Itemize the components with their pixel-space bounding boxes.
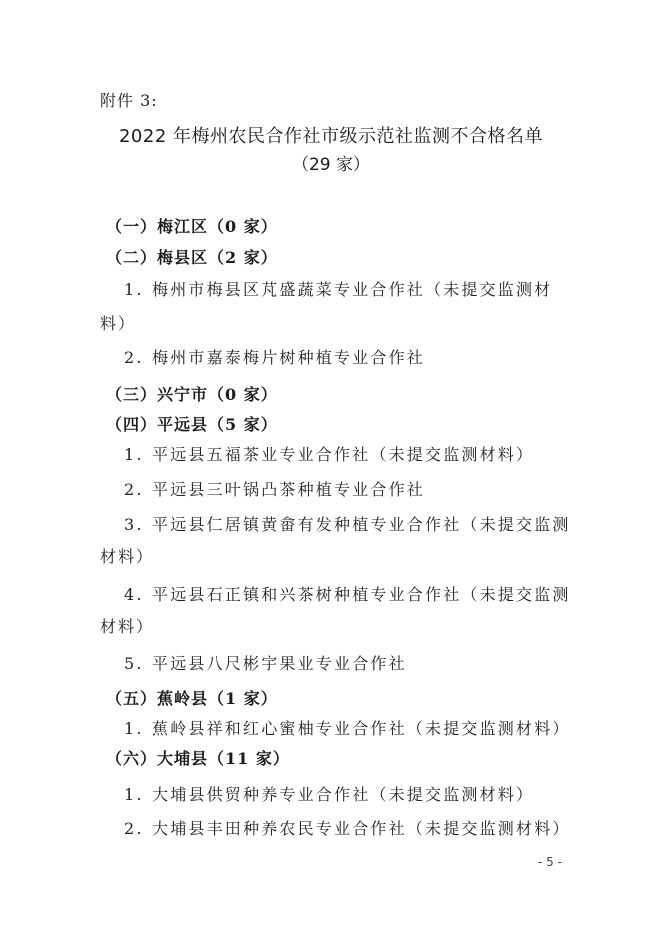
section-heading-xingning: （三）兴宁市（0 家） (106, 382, 278, 405)
item-text: 大埔县丰田种养农民专业合作社（未提交监测材料） (152, 819, 571, 838)
item-text: 平远县三叶锅凸茶种植专业合作社 (152, 480, 425, 499)
item-number: 2. (124, 348, 152, 367)
list-item: 2.梅州市嘉泰梅片树种植专业合作社 (124, 345, 425, 368)
item-text: 蕉岭县祥和红心蜜柚专业合作社（未提交监测材料） (152, 719, 571, 738)
list-item: 5.平远县八尺彬宇果业专业合作社 (124, 651, 407, 674)
item-text: 平远县八尺彬宇果业专业合作社 (152, 654, 407, 673)
item-continuation: 材料） (100, 614, 154, 637)
attachment-label: 附件 3: (100, 88, 158, 111)
item-text: 平远县石正镇和兴茶树种植专业合作社（未提交监测 (152, 585, 571, 604)
item-continuation: 材料） (100, 544, 154, 567)
section-heading-dabu: （六）大埔县（11 家） (106, 746, 290, 769)
item-text: 梅州市嘉泰梅片树种植专业合作社 (152, 348, 425, 367)
item-continuation: 料） (100, 311, 136, 334)
item-number: 1. (124, 719, 152, 738)
item-number: 3. (124, 515, 152, 534)
list-item: 1.平远县五福茶业专业合作社（未提交监测材料） (124, 442, 534, 465)
list-item: 1.大埔县供贸种养专业合作社（未提交监测材料） (124, 782, 534, 805)
item-number: 4. (124, 585, 152, 604)
section-heading-meixian: （二）梅县区（2 家） (106, 245, 278, 268)
document-subtitle: （29 家） (0, 150, 662, 175)
section-heading-jiaoling: （五）蕉岭县（1 家） (106, 686, 278, 709)
page-number: - 5 - (538, 855, 562, 869)
item-text: 梅州市梅县区芃盛蔬菜专业合作社（未提交监测材 (152, 280, 552, 299)
document-title: 2022 年梅州农民合作社市级示范社监测不合格名单 (0, 122, 662, 148)
item-number: 1. (124, 280, 152, 299)
list-item: 4.平远县石正镇和兴茶树种植专业合作社（未提交监测 (124, 582, 571, 605)
item-number: 1. (124, 785, 152, 804)
list-item: 2.大埔县丰田种养农民专业合作社（未提交监测材料） (124, 816, 571, 839)
item-number: 2. (124, 480, 152, 499)
section-heading-meijiang: （一）梅江区（0 家） (106, 214, 278, 237)
list-item: 1.蕉岭县祥和红心蜜柚专业合作社（未提交监测材料） (124, 716, 571, 739)
item-text: 大埔县供贸种养专业合作社（未提交监测材料） (152, 785, 534, 804)
list-item: 3.平远县仁居镇黄畲有发种植专业合作社（未提交监测 (124, 512, 571, 535)
item-text: 平远县仁居镇黄畲有发种植专业合作社（未提交监测 (152, 515, 571, 534)
item-number: 1. (124, 445, 152, 464)
item-number: 2. (124, 819, 152, 838)
item-text: 平远县五福茶业专业合作社（未提交监测材料） (152, 445, 534, 464)
item-number: 5. (124, 654, 152, 673)
list-item: 1.梅州市梅县区芃盛蔬菜专业合作社（未提交监测材 (124, 277, 552, 300)
section-heading-pingyuan: （四）平远县（5 家） (106, 412, 278, 435)
list-item: 2.平远县三叶锅凸茶种植专业合作社 (124, 477, 425, 500)
